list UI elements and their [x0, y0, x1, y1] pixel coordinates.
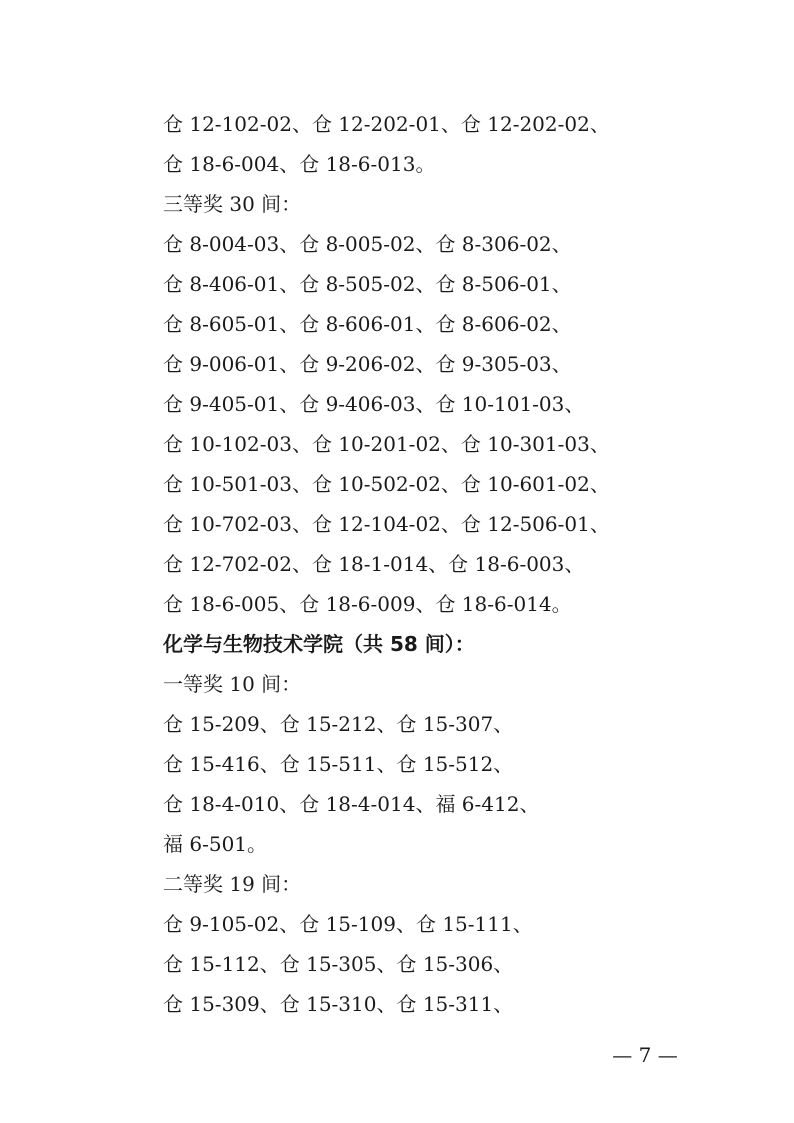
text-line: 仓 10-102-03、仓 10-201-02、仓 10-301-03、: [163, 424, 643, 464]
prize-tier-label: 三等奖 30 间：: [163, 184, 643, 224]
text-line: 仓 8-406-01、仓 8-505-02、仓 8-506-01、: [163, 264, 643, 304]
text-line: 仓 10-501-03、仓 10-502-02、仓 10-601-02、: [163, 464, 643, 504]
text-line: 仓 8-004-03、仓 8-005-02、仓 8-306-02、: [163, 224, 643, 264]
text-line: 仓 18-4-010、仓 18-4-014、福 6-412、: [163, 784, 643, 824]
text-line: 仓 9-405-01、仓 9-406-03、仓 10-101-03、: [163, 384, 643, 424]
text-line: 仓 15-416、仓 15-511、仓 15-512、: [163, 744, 643, 784]
text-line: 仓 12-702-02、仓 18-1-014、仓 18-6-003、: [163, 544, 643, 584]
text-line: 仓 15-209、仓 15-212、仓 15-307、: [163, 704, 643, 744]
text-line: 仓 10-702-03、仓 12-104-02、仓 12-506-01、: [163, 504, 643, 544]
document-body: 仓 12-102-02、仓 12-202-01、仓 12-202-02、 仓 1…: [163, 104, 643, 1024]
section-heading: 化学与生物技术学院（共 58 间）：: [163, 624, 643, 664]
text-line: 仓 18-6-004、仓 18-6-013。: [163, 144, 643, 184]
text-line: 仓 15-112、仓 15-305、仓 15-306、: [163, 944, 643, 984]
text-line: 福 6-501。: [163, 824, 643, 864]
text-line: 仓 15-309、仓 15-310、仓 15-311、: [163, 984, 643, 1024]
page-number: — 7 —: [600, 1040, 690, 1070]
prize-tier-label: 一等奖 10 间：: [163, 664, 643, 704]
text-line: 仓 9-006-01、仓 9-206-02、仓 9-305-03、: [163, 344, 643, 384]
text-line: 仓 18-6-005、仓 18-6-009、仓 18-6-014。: [163, 584, 643, 624]
text-line: 仓 12-102-02、仓 12-202-01、仓 12-202-02、: [163, 104, 643, 144]
text-line: 仓 8-605-01、仓 8-606-01、仓 8-606-02、: [163, 304, 643, 344]
text-line: 仓 9-105-02、仓 15-109、仓 15-111、: [163, 904, 643, 944]
prize-tier-label: 二等奖 19 间：: [163, 864, 643, 904]
